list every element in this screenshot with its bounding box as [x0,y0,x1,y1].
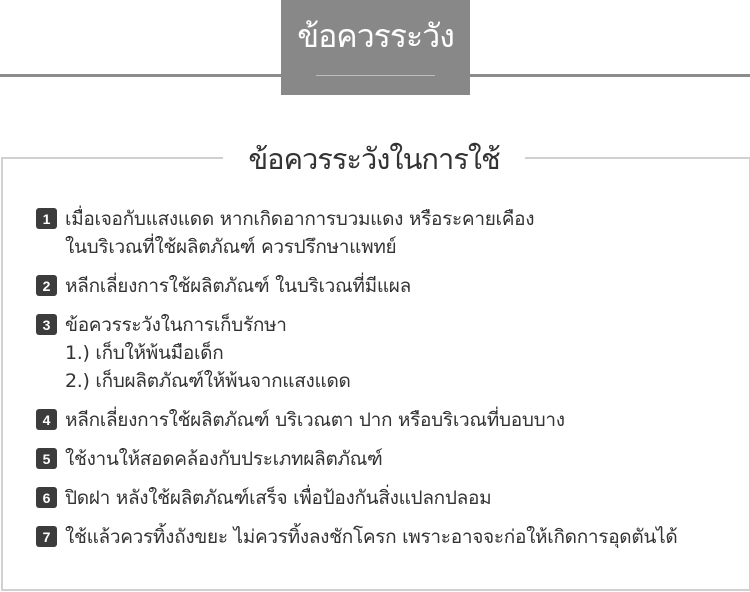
list-item: 2 หลีกเลี่ยงการใช้ผลิตภัณฑ์ ในบริเวณที่ม… [36,272,736,300]
item-text: ใช้แล้วควรทิ้งถังขยะ ไม่ควรทิ้งลงชักโครก… [65,523,677,551]
number-badge: 2 [36,275,57,296]
number-badge: 6 [36,487,57,508]
section-title: ข้อควรระวังในการใช้ [223,136,525,182]
number-badge: 7 [36,526,57,547]
number-badge: 4 [36,409,57,430]
list-item: 4 หลีกเลี่ยงการใช้ผลิตภัณฑ์ บริเวณตา ปาก… [36,406,736,434]
header-title: ข้อควรระวัง [281,0,470,52]
precautions-list: 1 เมื่อเจอกับแสงแดด หากเกิดอาการบวมแดง ห… [36,205,736,562]
list-item: 7 ใช้แล้วควรทิ้งถังขยะ ไม่ควรทิ้งลงชักโค… [36,523,736,551]
list-item: 1 เมื่อเจอกับแสงแดด หากเกิดอาการบวมแดง ห… [36,205,736,261]
number-badge: 1 [36,208,57,229]
item-text: เมื่อเจอกับแสงแดด หากเกิดอาการบวมแดง หรื… [65,205,534,233]
frame-top-left [1,157,223,159]
header-banner: ข้อควรระวัง [281,0,470,95]
item-subtext: 1.) เก็บให้พ้นมือเด็ก [65,339,351,367]
number-badge: 5 [36,448,57,469]
number-badge: 3 [36,314,57,335]
item-text: หลีกเลี่ยงการใช้ผลิตภัณฑ์ บริเวณตา ปาก ห… [65,406,565,434]
header-underline [316,75,435,76]
item-text: ข้อควรระวังในการเก็บรักษา [65,311,351,339]
item-text: หลีกเลี่ยงการใช้ผลิตภัณฑ์ ในบริเวณที่มีแ… [65,272,411,300]
item-subtext: 2.) เก็บผลิตภัณฑ์ให้พ้นจากแสงแดด [65,367,351,395]
list-item: 6 ปิดฝา หลังใช้ผลิตภัณฑ์เสร็จ เพื่อป้องก… [36,484,736,512]
item-text: ปิดฝา หลังใช้ผลิตภัณฑ์เสร็จ เพื่อป้องกัน… [65,484,491,512]
frame-top-right [525,157,749,159]
item-text: ใช้งานให้สอดคล้องกับประเภทผลิตภัณฑ์ [65,445,383,473]
list-item: 3 ข้อควรระวังในการเก็บรักษา 1.) เก็บให้พ… [36,311,736,395]
item-text: ในบริเวณที่ใช้ผลิตภัณฑ์ ควรปรึกษาแพทย์ [65,233,534,261]
list-item: 5 ใช้งานให้สอดคล้องกับประเภทผลิตภัณฑ์ [36,445,736,473]
